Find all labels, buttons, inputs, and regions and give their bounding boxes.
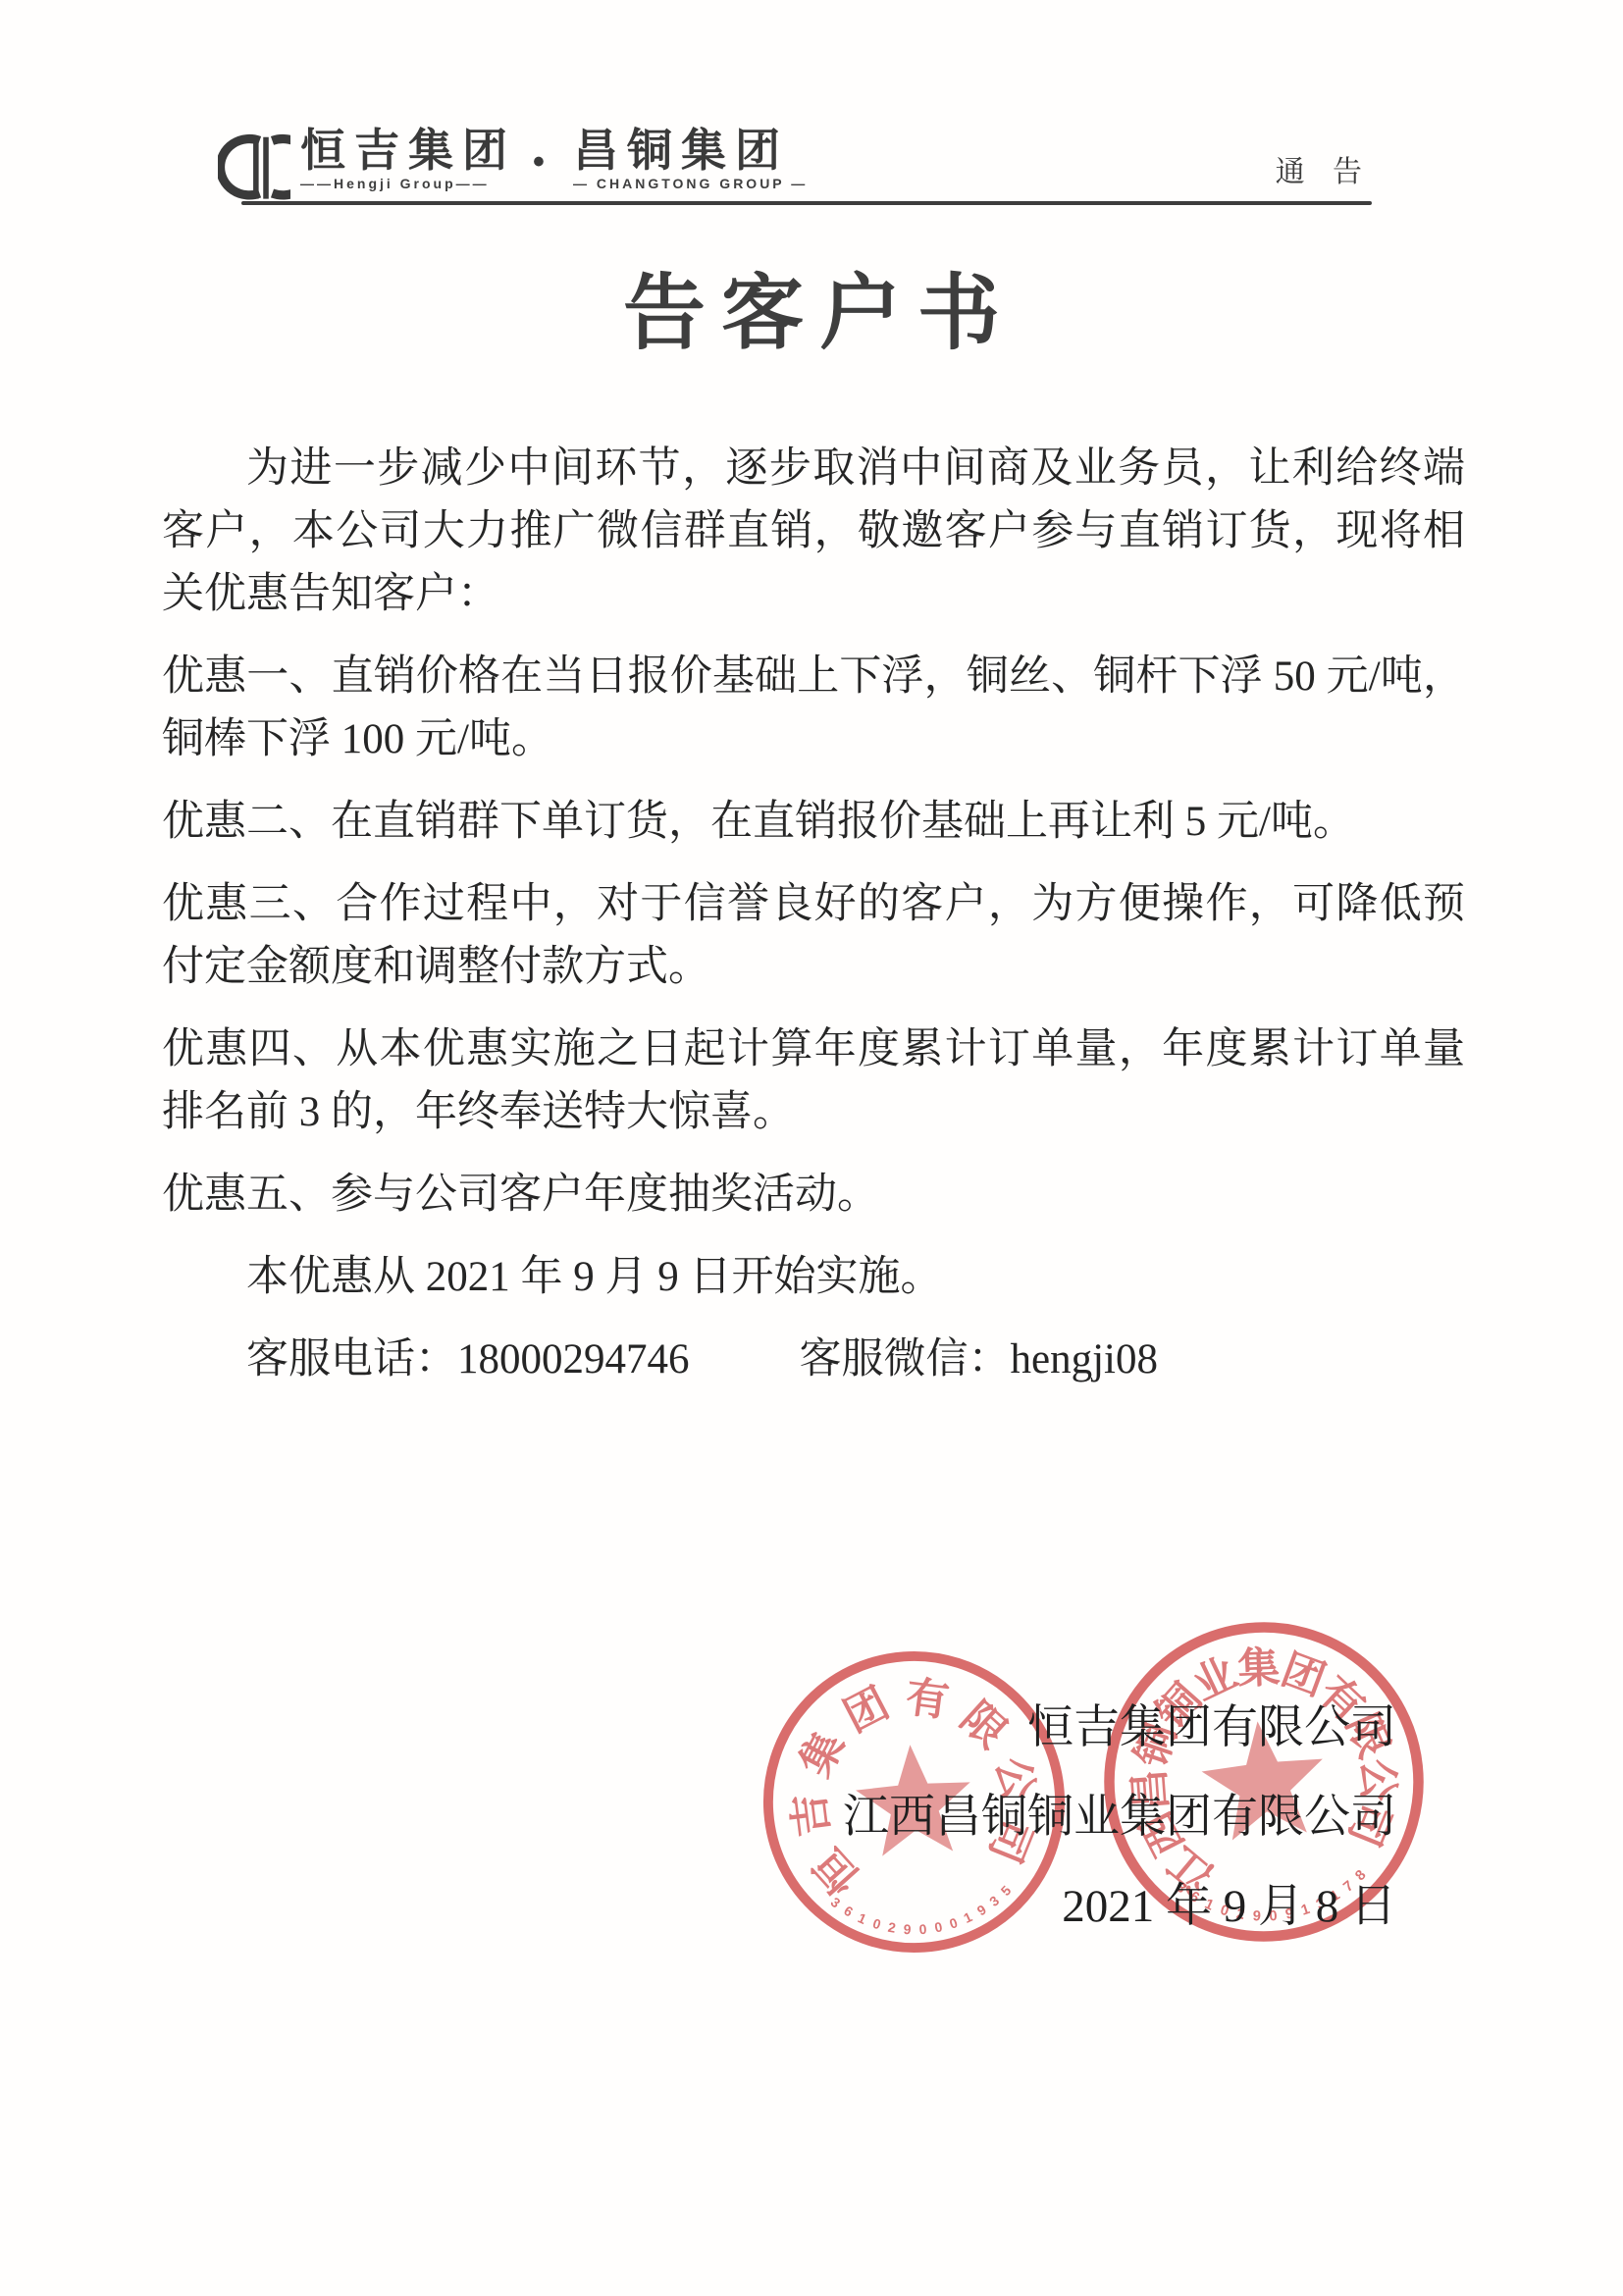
intro-paragraph: 为进一步减少中间环节，逐步取消中间商及业务员，让利给终端客户，本公司大力推广微信… [162,438,1465,626]
page-title: 告客户书 [0,247,1623,366]
document-page: 恒吉集团 ——Hengji Group—— • 昌铜集团 — CHANGTONG… [0,0,1623,2296]
header-divider [241,201,1372,205]
brand-hengji-en: ——Hengji Group—— [300,176,516,191]
brand-separator-dot: • [533,143,545,182]
brand-hengji: 恒吉集团 ——Hengji Group—— [300,126,516,191]
notice-tag: 通 告 [1276,147,1372,190]
offer-4: 优惠四、从本优惠实施之日起计算年度累计订单量，年度累计订单量排名前 3 的，年终… [162,1018,1465,1144]
offer-1: 优惠一、直销价格在当日报价基础上下浮，铜丝、铜杆下浮 50 元/吨，铜棒下浮 1… [162,646,1465,771]
brand-hengji-cn: 恒吉集团 [300,126,516,175]
seal-arc-text-char: 吉 [786,1791,838,1839]
signature-block: 恒吉集团有限公司 江西昌铜铜业集团有限公司 2021 年 9 月 8 日 [843,1684,1396,1952]
signature-date: 2021 年 9 月 8 日 [843,1862,1396,1952]
offer-3: 优惠三、合作过程中，对于信誉良好的客户，为方便操作，可降低预付定金额度和调整付款… [162,873,1465,999]
offer-2: 优惠二、在直销群下单订货，在直销报价基础上再让利 5 元/吨。 [162,791,1465,854]
contact-line: 客服电话：18000294746客服微信：hengji08 [162,1329,1465,1391]
wechat-id: hengji08 [1011,1336,1158,1383]
brand-changtong-en: — CHANGTONG GROUP — [573,176,808,191]
effective-date-line: 本优惠从 2021 年 9 月 9 日开始实施。 [162,1246,1465,1309]
offer-5: 优惠五、参与公司客户年度抽奖活动。 [162,1164,1465,1226]
signature-company-1: 恒吉集团有限公司 [843,1684,1396,1773]
phone-label: 客服电话： [246,1336,457,1383]
document-body: 为进一步减少中间环节，逐步取消中间商及业务员，让利给终端客户，本公司大力推广微信… [162,438,1465,1411]
signature-company-2: 江西昌铜铜业集团有限公司 [843,1773,1396,1862]
wechat-label: 客服微信： [800,1336,1011,1383]
brand-changtong: 昌铜集团 — CHANGTONG GROUP — [573,126,808,191]
letterhead: 恒吉集团 ——Hengji Group—— • 昌铜集团 — CHANGTONG… [0,0,1623,226]
brand-changtong-cn: 昌铜集团 [573,126,808,175]
phone-number: 18000294746 [457,1336,690,1383]
company-logo-icon [218,133,290,202]
